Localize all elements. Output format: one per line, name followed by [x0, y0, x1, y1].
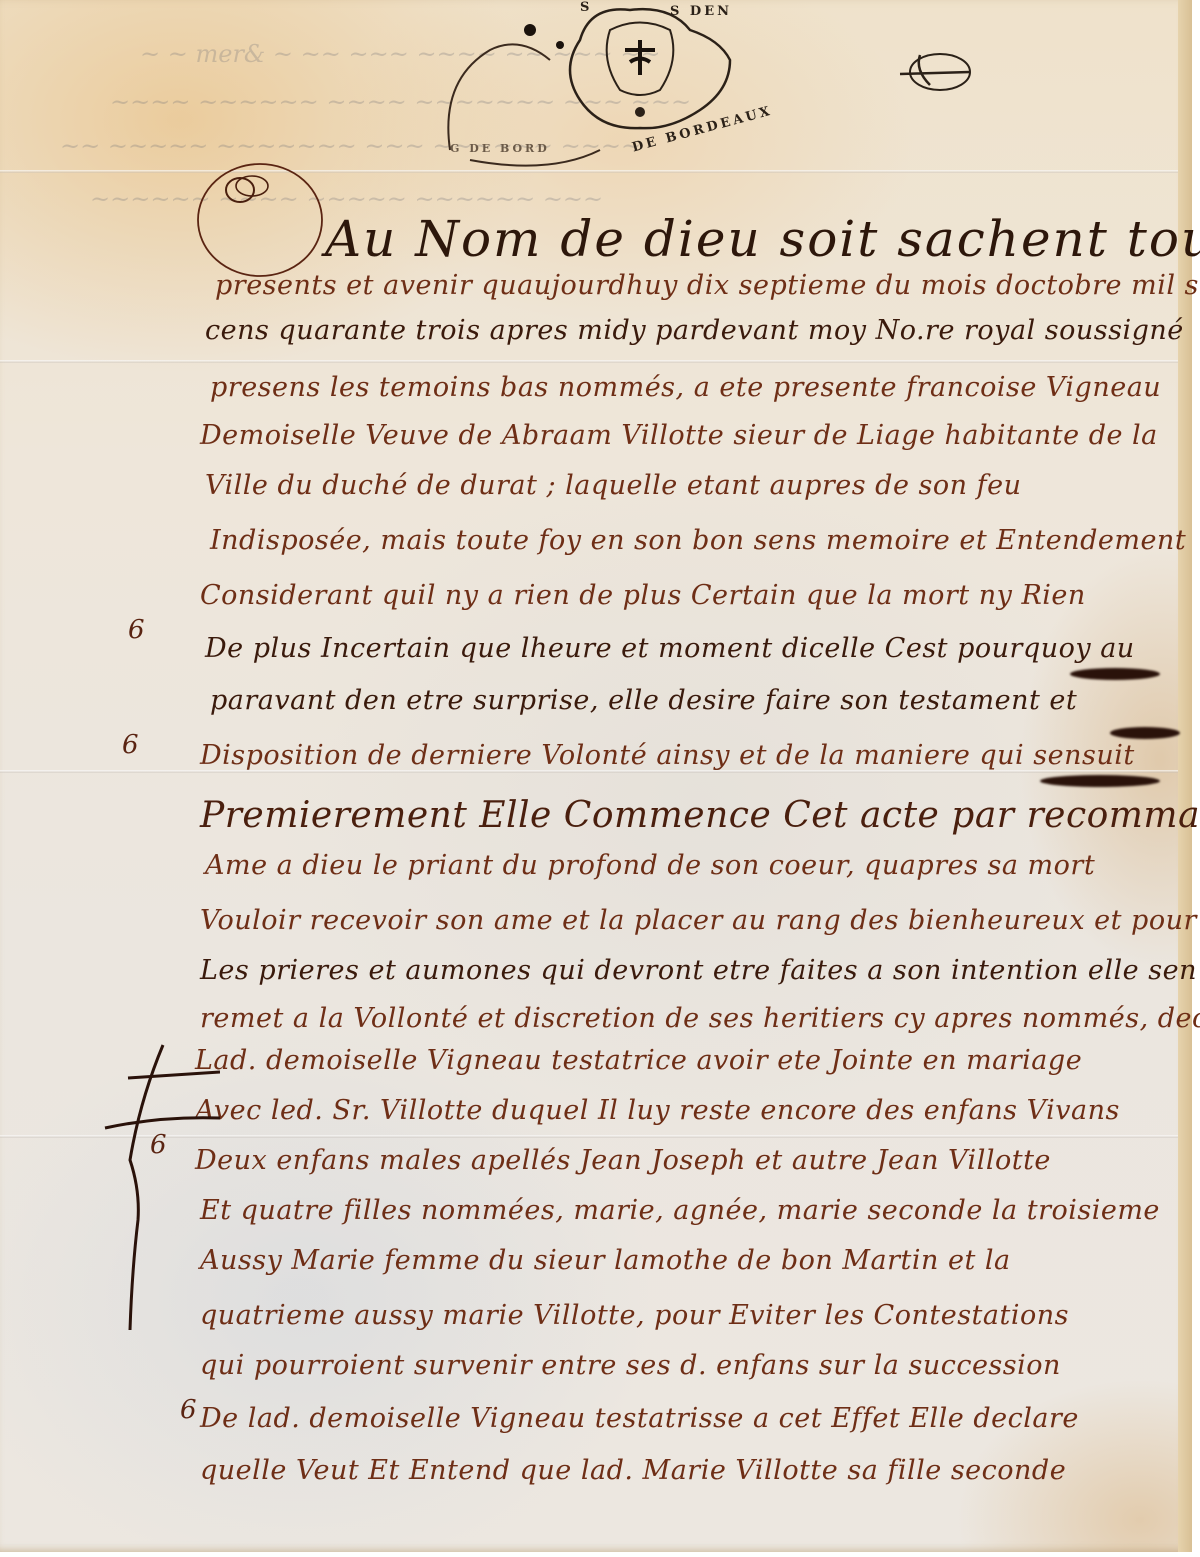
manuscript-line: quelle Veut Et Entend que lad. Marie Vil… — [200, 1455, 1066, 1486]
manuscript-line: Disposition de derniere Volonté ainsy et… — [200, 740, 1135, 771]
official-stamp: S S DEN DE BORDEAUX G DE BORD — [430, 0, 790, 170]
manuscript-line: presents et avenir quaujourdhuy dix sept… — [215, 270, 1200, 301]
manuscript-line: De lad. demoiselle Vigneau testatrisse a… — [200, 1403, 1079, 1434]
manuscript-line: Considerant quil ny a rien de plus Certa… — [200, 580, 1086, 611]
manuscript-line: cens quarante trois apres midy pardevant… — [205, 315, 1184, 346]
fold-crease — [0, 170, 1192, 173]
manuscript-line: quatrieme aussy marie Villotte, pour Evi… — [200, 1300, 1069, 1331]
stamp-top-text-left: S — [580, 0, 592, 15]
margin-mark: 6 — [122, 730, 139, 760]
margin-bracket-icon — [100, 1040, 220, 1500]
ink-blot — [1110, 727, 1180, 739]
manuscript-line: Les prieres et aumones qui devront etre … — [200, 955, 1197, 986]
manuscript-page: ~ ~ mer& ~ ~~ ~~~ ~~~~ ~~ ~~~ ~~ ~~~~ ~~… — [0, 0, 1192, 1552]
manuscript-line-premierement: Premierement Elle Commence Cet acte par … — [200, 795, 1200, 836]
ink-blot — [1040, 775, 1160, 787]
stamp-top-text: S DEN — [670, 4, 732, 19]
opening-invocation: Au Nom de dieu soit sachent tous — [325, 210, 1200, 268]
ink-blot — [1070, 668, 1160, 680]
manuscript-line: Demoiselle Veuve de Abraam Villotte sieu… — [200, 420, 1158, 451]
fold-crease — [0, 360, 1192, 363]
manuscript-line: Et quatre filles nommées, marie, agnée, … — [200, 1195, 1160, 1226]
manuscript-line: paravant den etre surprise, elle desire … — [210, 685, 1077, 716]
manuscript-line: Avec led. Sr. Villotte duquel Il luy res… — [195, 1095, 1120, 1126]
faded-text: ~~~~~~ ~~~~ ~~~~~ ~~~~~~ ~~~ — [90, 185, 603, 213]
manuscript-line: Vouloir recevoir son ame et la placer au… — [200, 905, 1197, 936]
manuscript-line: remet a la Vollonté et discretion de ses… — [200, 1003, 1200, 1034]
manuscript-line: Indisposée, mais toute foy en son bon se… — [210, 525, 1186, 556]
stamp-left-text: G DE BORD — [450, 142, 550, 155]
manuscript-line: qui pourroient survenir entre ses d. enf… — [200, 1350, 1061, 1381]
manuscript-line: Ame a dieu le priant du profond de son c… — [205, 850, 1095, 881]
manuscript-line: Lad. demoiselle Vigneau testatrice avoir… — [195, 1045, 1082, 1076]
manuscript-line: De plus Incertain que lheure et moment d… — [205, 633, 1135, 664]
margin-mark: 6 — [128, 615, 145, 645]
manuscript-line: presens les temoins bas nommés, a ete pr… — [210, 372, 1161, 403]
manuscript-line: Ville du duché de durat ; laquelle etant… — [205, 470, 1021, 501]
manuscript-line: Deux enfans males apellés Jean Joseph et… — [195, 1145, 1051, 1176]
initial-flourish-icon — [190, 150, 330, 280]
manuscript-line: Aussy Marie femme du sieur lamothe de bo… — [200, 1245, 1011, 1276]
folio-number-mark — [860, 40, 980, 100]
